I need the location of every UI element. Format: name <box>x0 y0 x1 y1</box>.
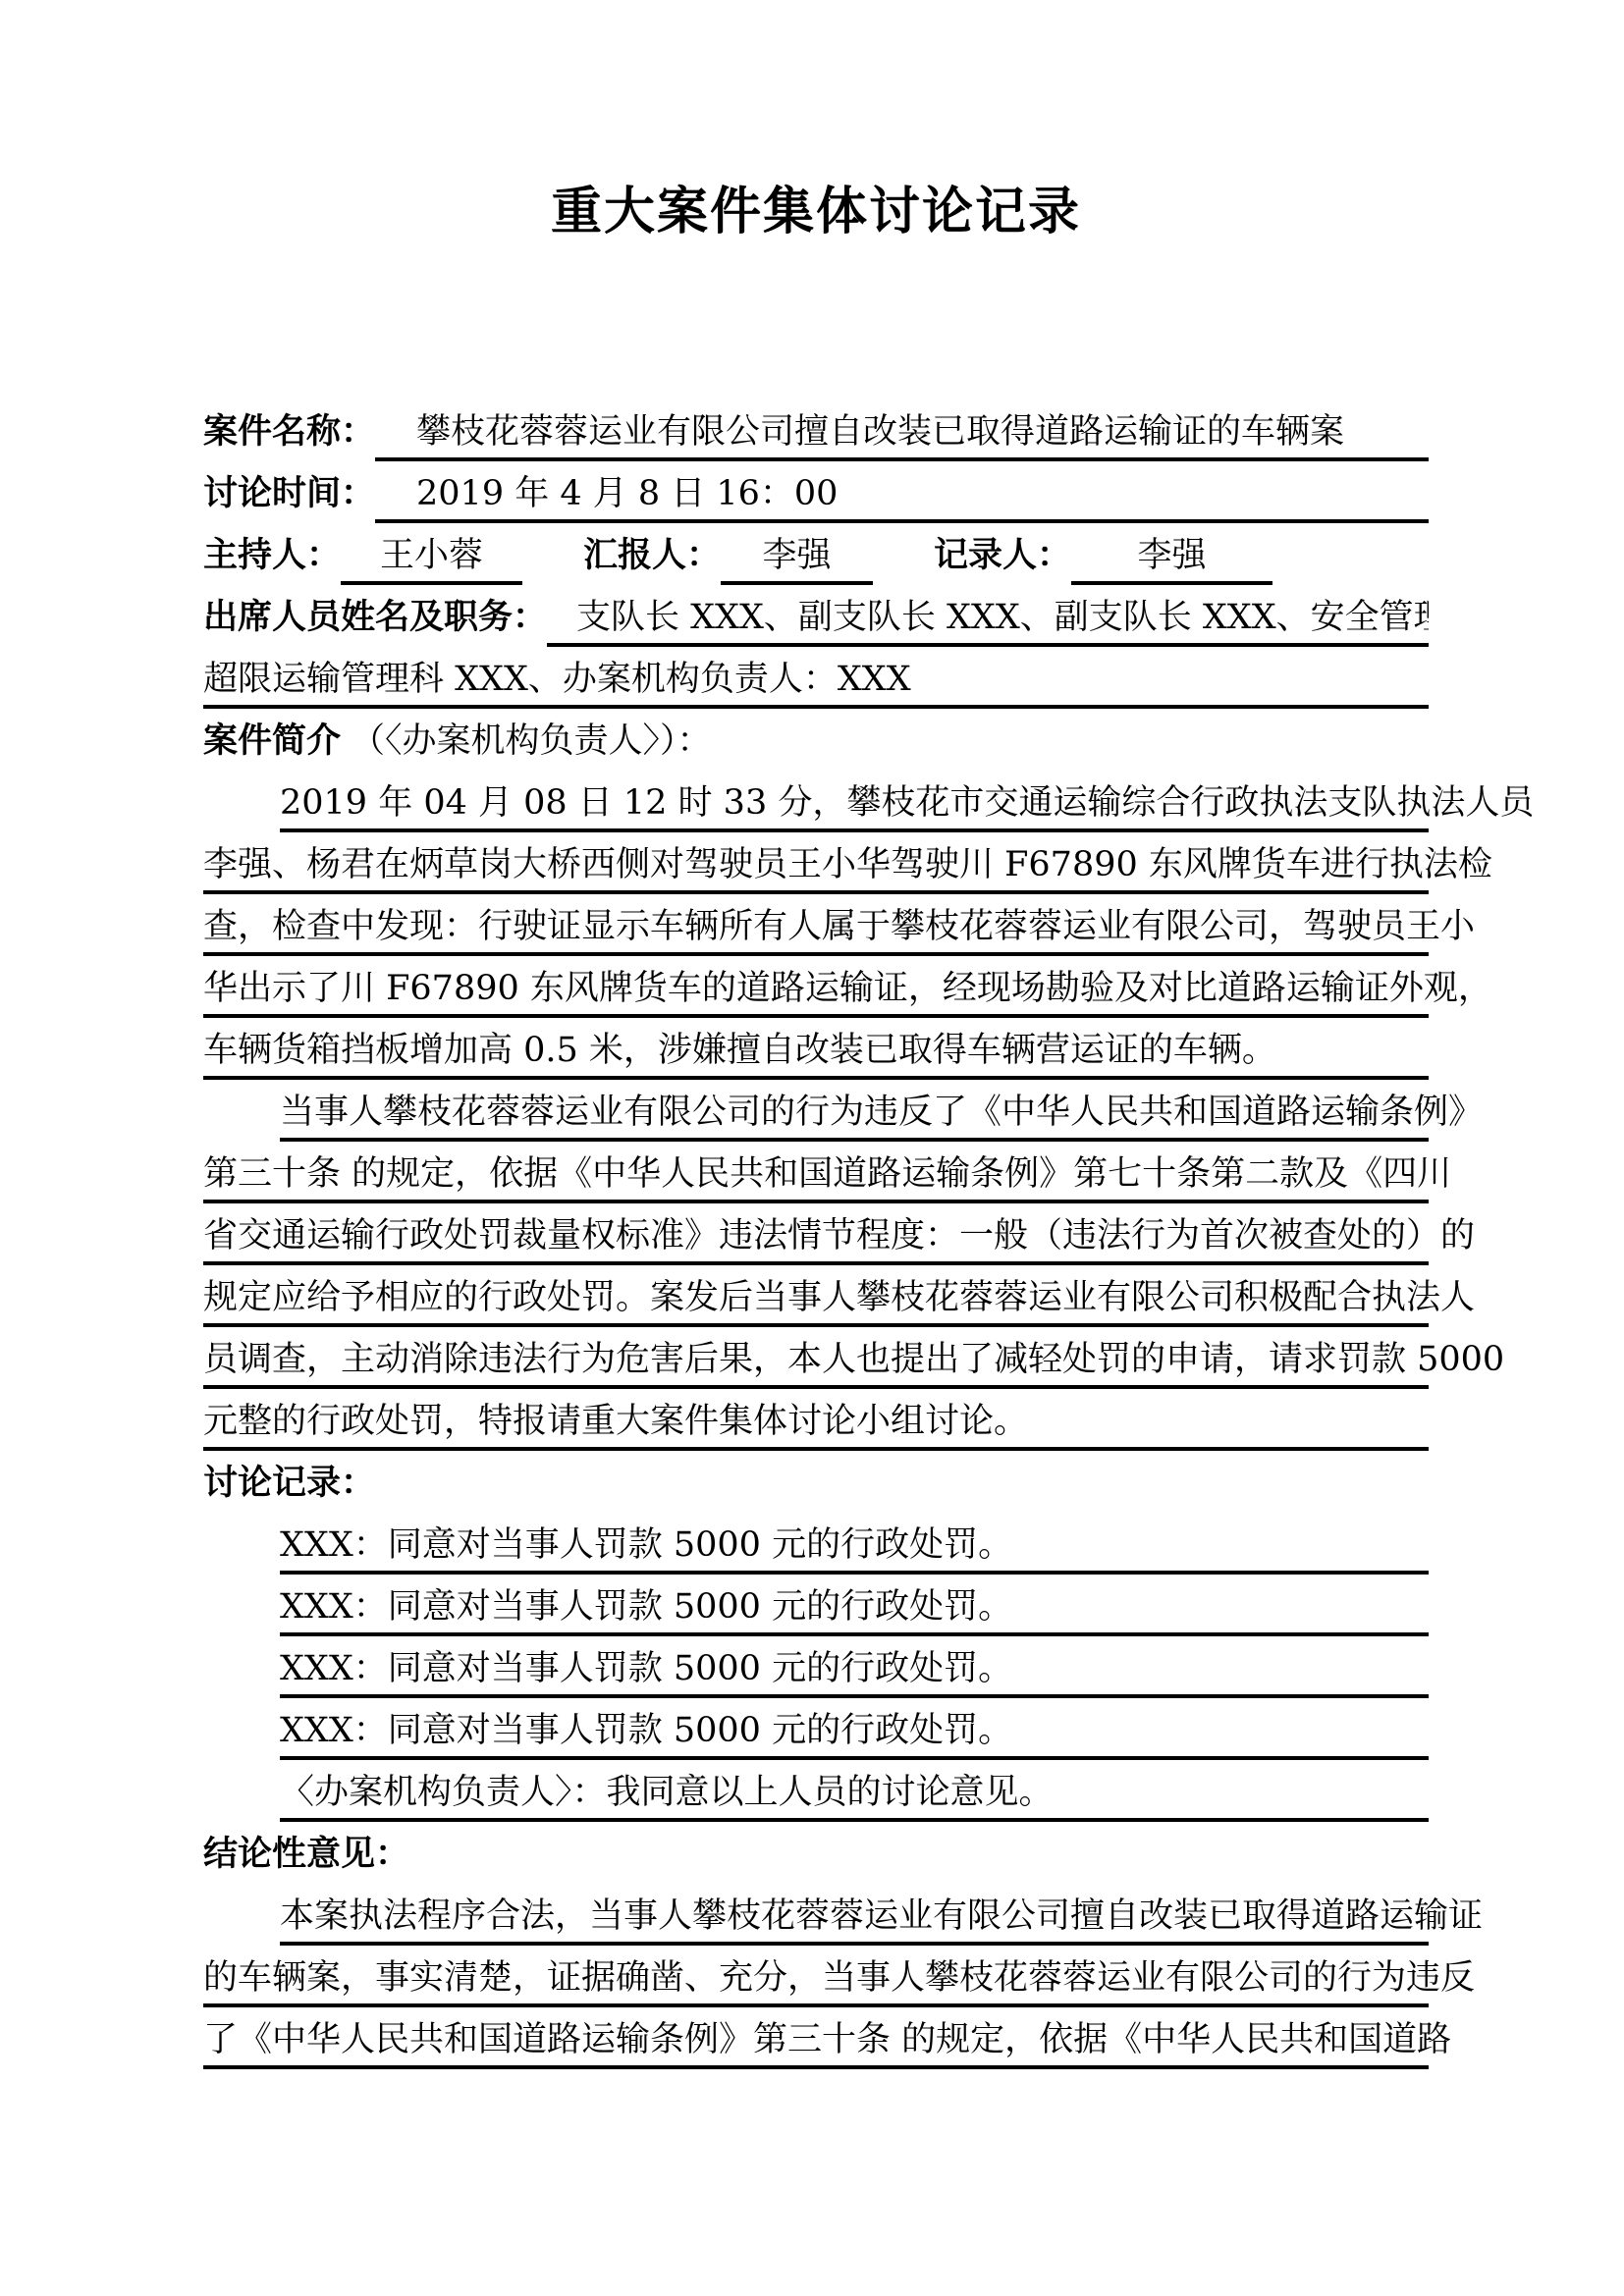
case-brief-heading: 案件简介 （〈办案机构负责人〉）： <box>203 709 1429 771</box>
discussion-leader-opinion: 〈办案机构负责人〉：我同意以上人员的讨论意见。 <box>280 1760 1429 1822</box>
conclusion-paragraph-line: 本案执法程序合法，当事人攀枝花蓉蓉运业有限公司擅自改装已取得道路运输证 <box>280 1884 1429 1946</box>
brief-paragraph2-line: 第三十条 的规定，依据《中华人民共和国道路运输条例》第七十条第二款及《四川 <box>203 1142 1429 1203</box>
brief-paragraph2-line: 当事人攀枝花蓉蓉运业有限公司的行为违反了《中华人民共和国道路运输条例》 <box>280 1080 1429 1142</box>
brief-paragraph2-line: 员调查，主动消除违法行为危害后果，本人也提出了减轻处罚的申请，请求罚款 5000 <box>203 1327 1429 1389</box>
recorder-label: 记录人： <box>934 536 1071 585</box>
attendees-value-line2: 超限运输管理科 XXX、办案机构负责人：XXX <box>203 647 1429 709</box>
reporter-label: 汇报人： <box>583 536 721 585</box>
brief-paragraph1-line: 2019 年 04 月 08 日 12 时 33 分，攀枝花市交通运输综合行政执… <box>280 771 1429 832</box>
document-page: 重大案件集体讨论记录 案件名称： 攀枝花蓉蓉运业有限公司擅自改装已取得道路运输证… <box>0 0 1624 2296</box>
field-people-row: 主持人： 王小蓉 汇报人： 李强 记录人： 李强 <box>203 523 1429 585</box>
brief-paragraph1-line: 华出示了川 F67890 东风牌货车的道路运输证，经现场勘验及对比道路运输证外观… <box>203 956 1429 1018</box>
brief-paragraph1-line: 查，检查中发现：行驶证显示车辆所有人属于攀枝花蓉蓉运业有限公司，驾驶员王小 <box>203 894 1429 956</box>
discussion-entry: XXX：同意对当事人罚款 5000 元的行政处罚。 <box>280 1636 1429 1698</box>
brief-paragraph2-line: 元整的行政处罚，特报请重大案件集体讨论小组讨论。 <box>203 1389 1429 1451</box>
field-discussion-time: 讨论时间： 2019 年 4 月 8 日 16：00 <box>203 461 1429 523</box>
discussion-label: 讨论记录： <box>203 1464 375 1513</box>
conclusion-paragraph-line: 了《中华人民共和国道路运输条例》第三十条 的规定，依据《中华人民共和国道路 <box>203 2007 1429 2069</box>
field-attendees: 出席人员姓名及职务： 支队长 XXX、副支队长 XXX、副支队长 XXX、安全管… <box>203 585 1429 647</box>
discussion-entry: XXX：同意对当事人罚款 5000 元的行政处罚。 <box>280 1575 1429 1636</box>
attendees-value-line1: 支队长 XXX、副支队长 XXX、副支队长 XXX、安全管理科 XXX、 <box>547 598 1429 647</box>
brief-paragraph2-line: 规定应给予相应的行政处罚。案发后当事人攀枝花蓉蓉运业有限公司积极配合执法人 <box>203 1265 1429 1327</box>
recorder-value: 李强 <box>1071 536 1272 585</box>
discussion-time-value: 2019 年 4 月 8 日 16：00 <box>375 474 1429 523</box>
case-brief-label-suffix: （〈办案机构负责人〉）： <box>351 721 712 771</box>
document-title: 重大案件集体讨论记录 <box>203 182 1429 242</box>
discussion-entry: XXX：同意对当事人罚款 5000 元的行政处罚。 <box>280 1513 1429 1575</box>
attendees-label: 出席人员姓名及职务： <box>203 598 547 647</box>
discussion-entry: XXX：同意对当事人罚款 5000 元的行政处罚。 <box>280 1698 1429 1760</box>
case-name-label: 案件名称： <box>203 412 375 461</box>
conclusion-label: 结论性意见： <box>203 1835 409 1884</box>
reporter-value: 李强 <box>721 536 873 585</box>
brief-paragraph1-line: 李强、杨君在炳草岗大桥西侧对驾驶员王小华驾驶川 F67890 东风牌货车进行执法… <box>203 832 1429 894</box>
brief-paragraph2-line: 省交通运输行政处罚裁量权标准》违法情节程度：一般（违法行为首次被查处的）的 <box>203 1203 1429 1265</box>
form-fields: 案件名称： 攀枝花蓉蓉运业有限公司擅自改装已取得道路运输证的车辆案 讨论时间： … <box>203 400 1429 2069</box>
host-value: 王小蓉 <box>341 536 522 585</box>
host-label: 主持人： <box>203 536 341 585</box>
case-name-value: 攀枝花蓉蓉运业有限公司擅自改装已取得道路运输证的车辆案 <box>375 412 1429 461</box>
conclusion-heading: 结论性意见： <box>203 1822 1429 1884</box>
field-case-name: 案件名称： 攀枝花蓉蓉运业有限公司擅自改装已取得道路运输证的车辆案 <box>203 400 1429 461</box>
discussion-time-label: 讨论时间： <box>203 474 375 523</box>
conclusion-paragraph-line: 的车辆案，事实清楚，证据确凿、充分，当事人攀枝花蓉蓉运业有限公司的行为违反 <box>203 1946 1429 2007</box>
brief-paragraph1-line: 车辆货箱挡板增加高 0.5 米，涉嫌擅自改装已取得车辆营运证的车辆。 <box>203 1018 1429 1080</box>
discussion-heading: 讨论记录： <box>203 1451 1429 1513</box>
case-brief-label: 案件简介 <box>203 721 341 771</box>
